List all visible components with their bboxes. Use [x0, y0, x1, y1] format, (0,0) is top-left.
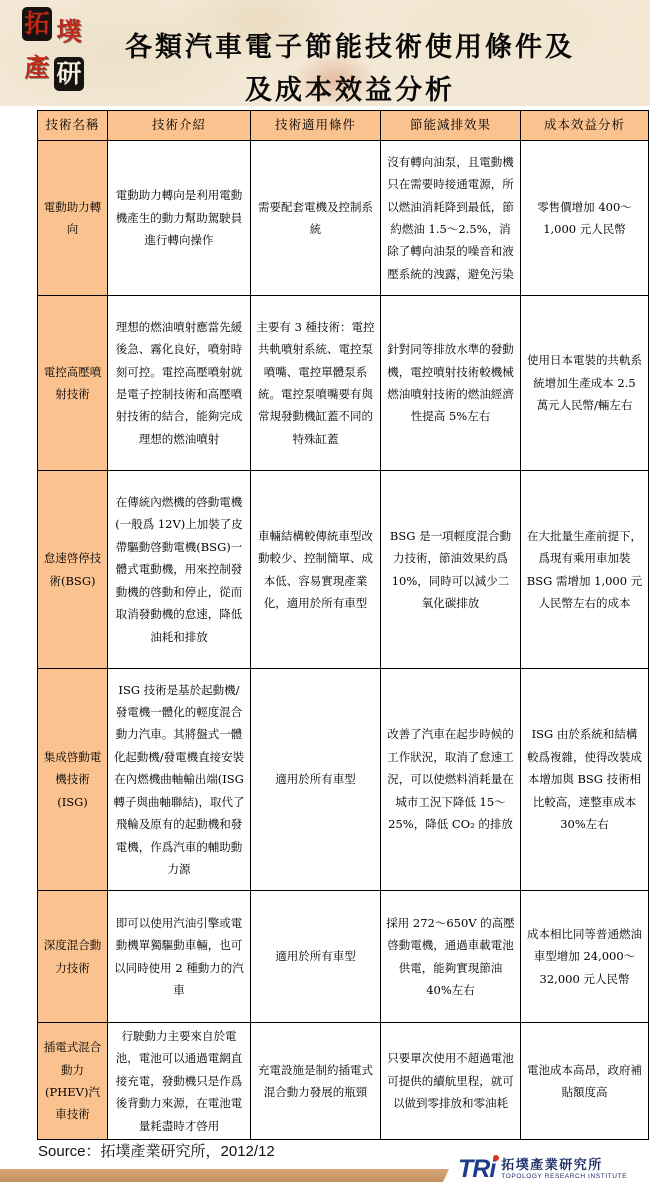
page-title-line2: 及成本效益分析 [92, 69, 608, 112]
tri-logo-text: 拓墣產業研究所 TOPOLOGY RESEARCH INSTITUTE [501, 1158, 627, 1181]
tri-footer-logo: TRi 拓墣產業研究所 TOPOLOGY RESEARCH INSTITUTE [442, 1154, 650, 1184]
cell-tech-name: 深度混合動力技術 [38, 891, 108, 1023]
cell-cost: 在大批量生產前提下，爲現有乘用車加裝 BSG 需增加 1,000 元人民幣左右的… [521, 471, 649, 669]
cell-conditions: 需要配套電機及控制系統 [251, 141, 381, 296]
tri-red-dot-icon [493, 1155, 499, 1161]
tri-letters: TRi [458, 1155, 495, 1183]
tri-wordmark: TRi [458, 1156, 495, 1182]
table-row: 集成啓動電機技術(ISG) ISG 技術是基於起動機/發電機一體化的輕度混合動力… [38, 669, 649, 891]
cell-tech-name: 集成啓動電機技術(ISG) [38, 669, 108, 891]
cell-effect: 改善了汽車在起步時候的工作狀況，取消了怠速工況，可以使燃料消耗量在城市工況下降低… [381, 669, 521, 891]
seal-char-4: 研 [54, 57, 84, 91]
tri-logo-chinese-name: 拓墣產業研究所 [501, 1158, 627, 1173]
column-header-conditions: 技術適用條件 [251, 111, 381, 141]
page-title: 各類汽車電子節能技術使用條件及 及成本效益分析 [92, 26, 608, 112]
cell-conditions: 適用於所有車型 [251, 669, 381, 891]
cell-cost: ISG 由於系統和結構較爲複雜，使得改裝成本增加與 BSG 技術相比較高，達整車… [521, 669, 649, 891]
cell-effect: 採用 272～650V 的高壓啓動電機，通過車載電池供電，能夠實現節油 40%左… [381, 891, 521, 1023]
cell-tech-name: 怠速啓停技術(BSG) [38, 471, 108, 669]
cell-conditions: 適用於所有車型 [251, 891, 381, 1023]
table-row: 電動助力轉向 電動助力轉向是利用電動機產生的動力幫助駕駛員進行轉向操作 需要配套… [38, 141, 649, 296]
seal-char-1: 拓 [22, 7, 52, 41]
cell-tech-intro: 理想的燃油噴射應當先緩後急、霧化良好，噴射時刻可控。電控高壓噴射就是電子控制技術… [108, 296, 251, 471]
cell-effect: 針對同等排放水準的發動機，電控噴射技術較機械燃油噴射技術的燃油經濟性提高 5%左… [381, 296, 521, 471]
cell-cost: 成本相比同等普通燃油車型增加 24,000～32,000 元人民幣 [521, 891, 649, 1023]
cell-tech-intro: 在傳統內燃機的啓動電機(一般爲 12V)上加裝了皮帶驅動啓動電機(BSG)一體式… [108, 471, 251, 669]
cell-cost: 電池成本高昂，政府補貼額度高 [521, 1023, 649, 1140]
cell-tech-name: 電動助力轉向 [38, 141, 108, 296]
cell-effect: 只要單次使用不超過電池可提供的續航里程，就可以做到零排放和零油耗 [381, 1023, 521, 1140]
cell-cost: 使用日本電裝的共軌系統增加生產成本 2.5 萬元人民幣/輛左右 [521, 296, 649, 471]
column-header-tech-intro: 技術介紹 [108, 111, 251, 141]
cell-tech-name: 電控高壓噴射技術 [38, 296, 108, 471]
cell-tech-intro: 電動助力轉向是利用電動機產生的動力幫助駕駛員進行轉向操作 [108, 141, 251, 296]
column-header-effect: 節能減排效果 [381, 111, 521, 141]
table-row: 電控高壓噴射技術 理想的燃油噴射應當先緩後急、霧化良好，噴射時刻可控。電控高壓噴… [38, 296, 649, 471]
table-header-row: 技術名稱 技術介紹 技術適用條件 節能減排效果 成本效益分析 [38, 111, 649, 141]
table-row: 深度混合動力技術 即可以使用汽油引擎或電動機單獨驅動車輛，也可以同時使用 2 種… [38, 891, 649, 1023]
cell-conditions: 主要有 3 種技術：電控共軌噴射系統、電控泵噴嘴、電控單體泵系統。電控泵噴嘴要有… [251, 296, 381, 471]
technology-comparison-table: 技術名稱 技術介紹 技術適用條件 節能減排效果 成本效益分析 電動助力轉向 電動… [37, 110, 649, 1140]
cell-tech-intro: 即可以使用汽油引擎或電動機單獨驅動車輛，也可以同時使用 2 種動力的汽車 [108, 891, 251, 1023]
seal-char-2: 墣 [54, 15, 84, 49]
cell-conditions: 車輛結構較傳統車型改動較少、控制簡單、成本低、容易實現產業化，適用於所有車型 [251, 471, 381, 669]
column-header-cost: 成本效益分析 [521, 111, 649, 141]
seal-char-3: 產 [22, 51, 52, 85]
cell-conditions: 充電設施是制約插電式混合動力發展的瓶頸 [251, 1023, 381, 1140]
cell-tech-intro: ISG 技術是基於起動機/發電機一體化的輕度混合動力汽車。其將盤式一體化起動機/… [108, 669, 251, 891]
table-row: 怠速啓停技術(BSG) 在傳統內燃機的啓動電機(一般爲 12V)上加裝了皮帶驅動… [38, 471, 649, 669]
cell-cost: 零售價增加 400～1,000 元人民幣 [521, 141, 649, 296]
source-note: Source：拓墣產業研究所，2012/12 [38, 1140, 275, 1161]
tri-logo-english-name: TOPOLOGY RESEARCH INSTITUTE [501, 1173, 627, 1181]
cell-tech-name: 插電式混合動力(PHEV)汽車技術 [38, 1023, 108, 1140]
page-title-line1: 各類汽車電子節能技術使用條件及 [92, 26, 608, 69]
cell-effect: BSG 是一項輕度混合動力技術，節油效果約爲 10%，同時可以減少二氧化碳排放 [381, 471, 521, 669]
table-row: 插電式混合動力(PHEV)汽車技術 行駛動力主要來自於電池，電池可以通過電網直接… [38, 1023, 649, 1140]
column-header-tech-name: 技術名稱 [38, 111, 108, 141]
cell-effect: 沒有轉向油泵，且電動機只在需要時接通電源，所以燃油消耗降到最低，節約燃油 1.5… [381, 141, 521, 296]
cell-tech-intro: 行駛動力主要來自於電池，電池可以通過電網直接充電，發動機只是作爲後背動力來源，在… [108, 1023, 251, 1140]
topology-seal-logo: 拓 墣 產 研 [22, 7, 86, 99]
